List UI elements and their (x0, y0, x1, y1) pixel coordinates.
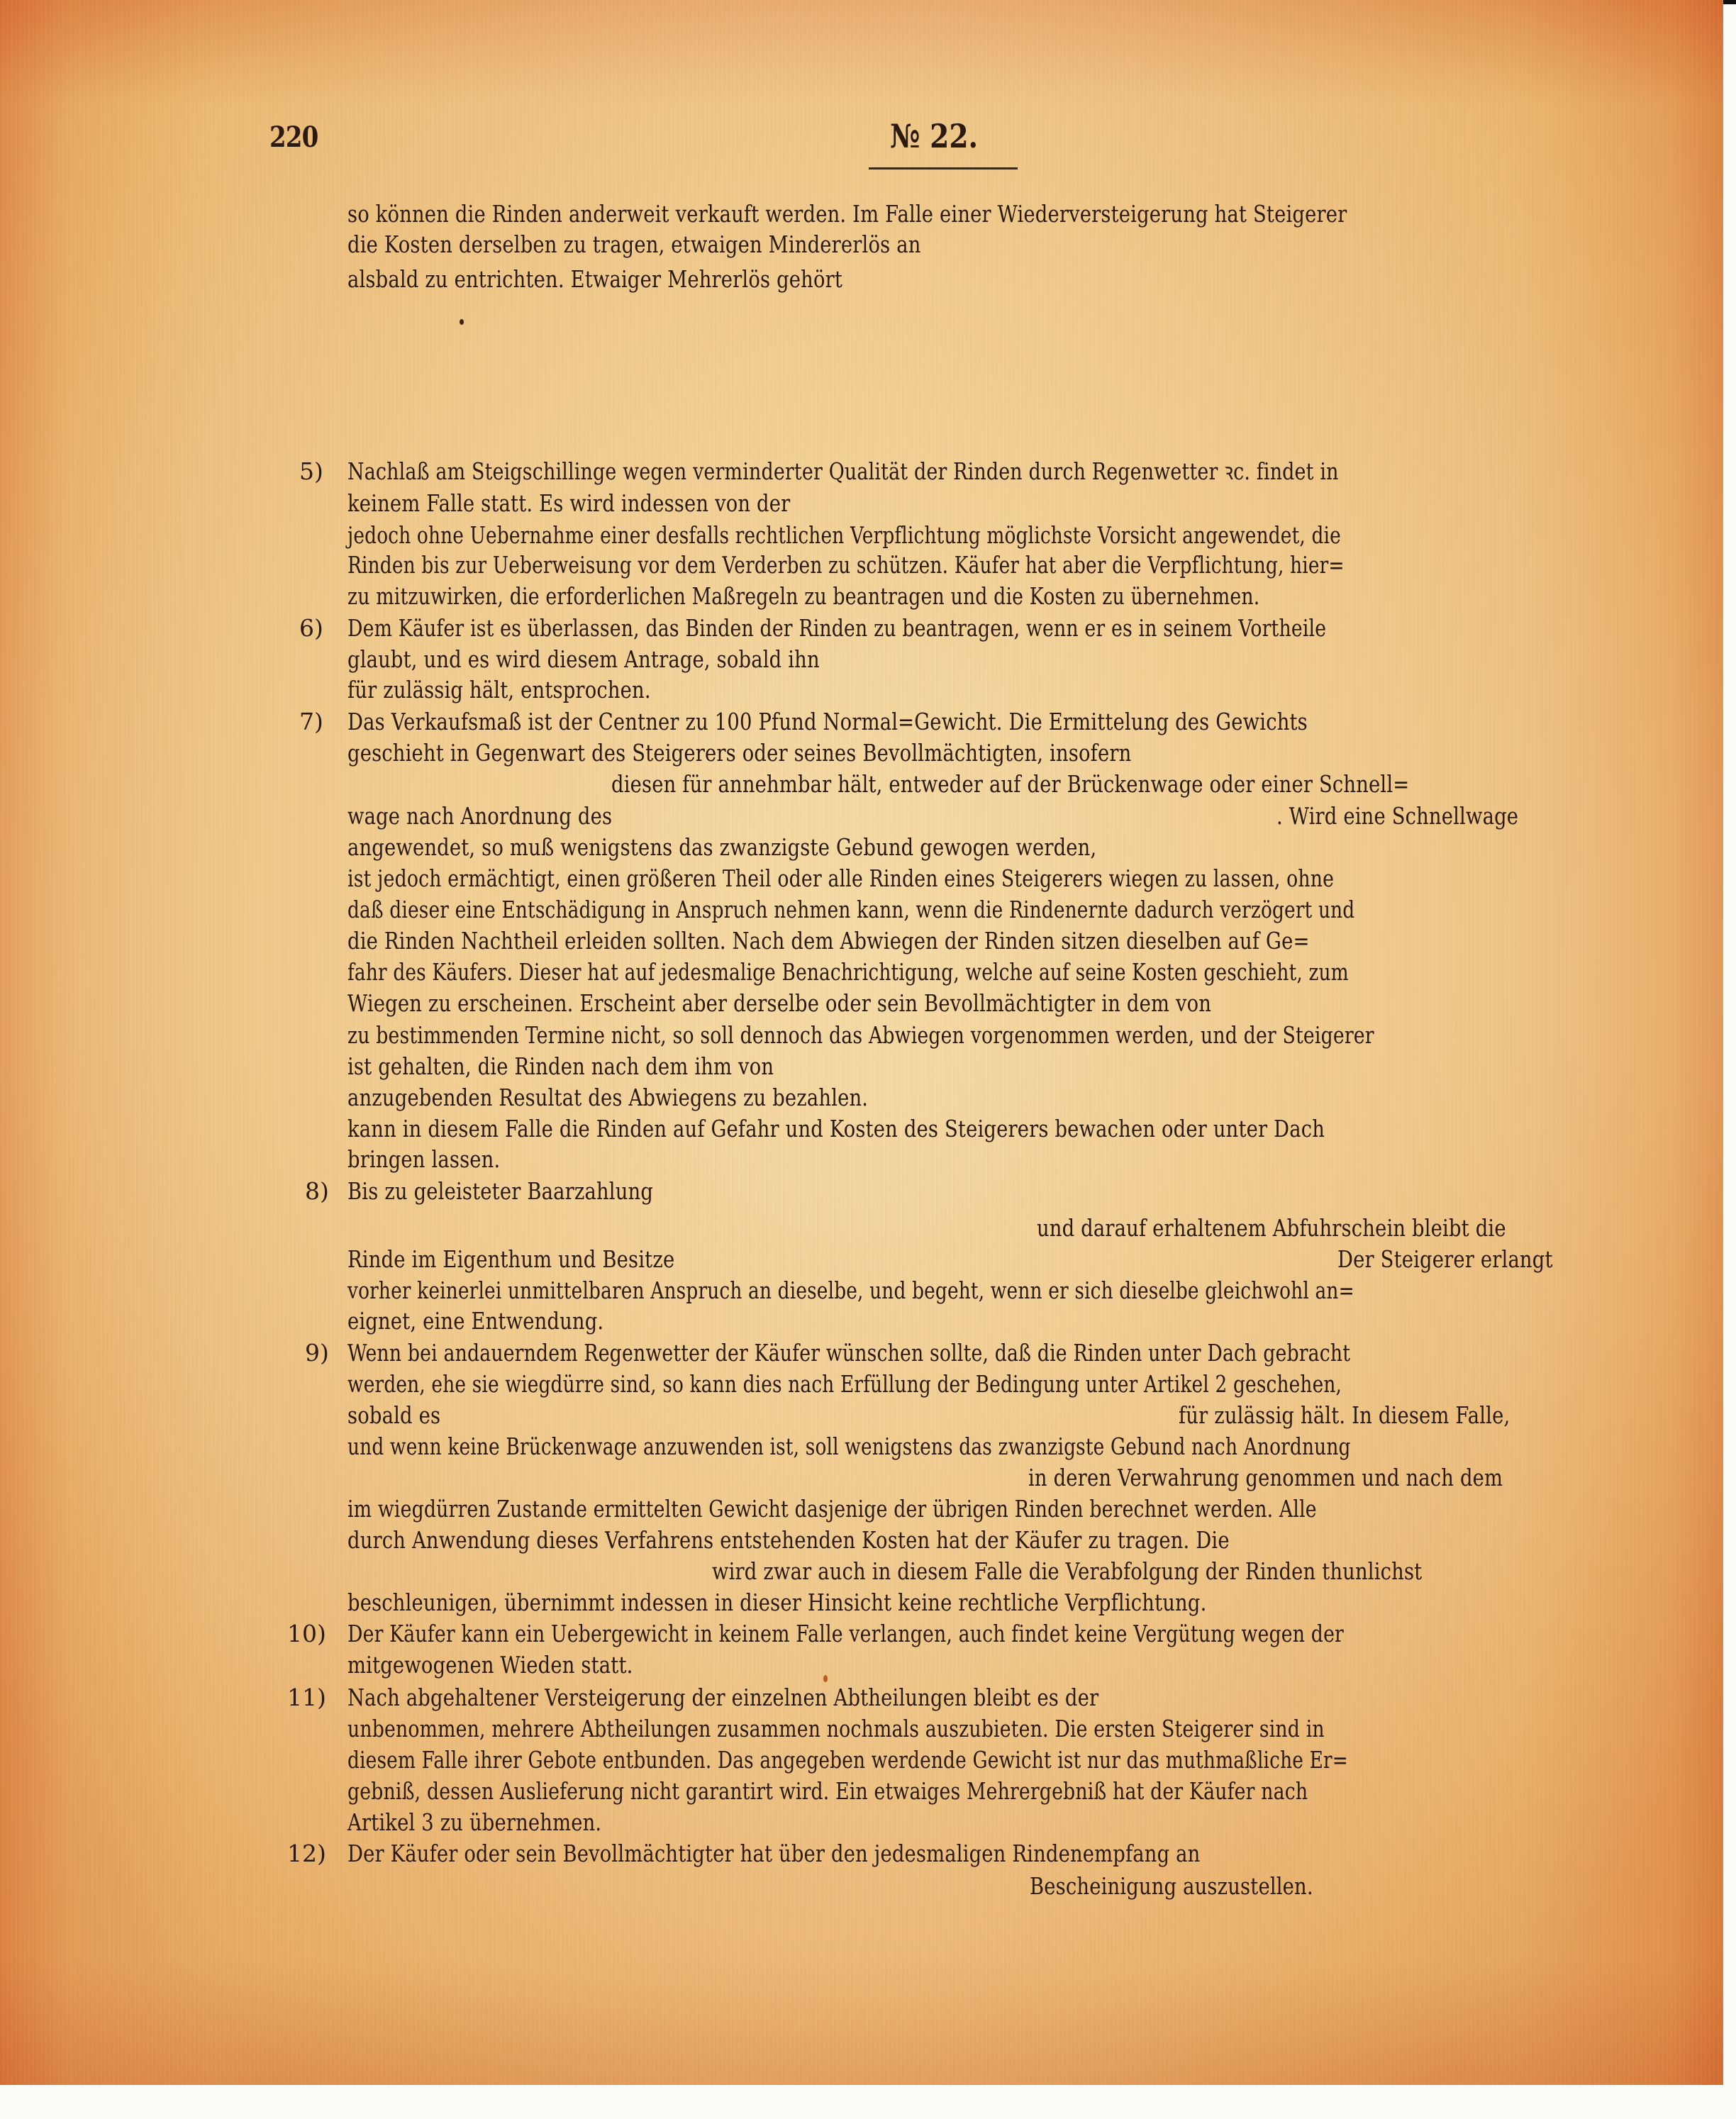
text-line: Der Käufer oder sein Bevollmächtigter ha… (347, 1840, 1200, 1868)
section-number: 10) (287, 1620, 326, 1648)
section-number: 12) (287, 1840, 326, 1868)
text-line: bringen lassen. (347, 1145, 500, 1174)
text-line: Rinde im Eigenthum und Besitze (347, 1245, 674, 1274)
section-number: 6) (299, 614, 323, 643)
text-line: Wenn bei andauerndem Regenwetter der Käu… (347, 1339, 1350, 1367)
text-line: sobald es (347, 1401, 440, 1430)
text-line: ist jedoch ermächtigt, einen größeren Th… (347, 864, 1334, 893)
text-line: im wiegdürren Zustande ermittelten Gewic… (347, 1495, 1317, 1523)
text-line: für zulässig hält, entsprochen. (347, 676, 651, 704)
text-line: zu mitzuwirken, die erforderlichen Maßre… (347, 582, 1259, 611)
text-line: eignet, eine Entwendung. (347, 1307, 603, 1335)
text-line: gebniß, dessen Auslieferung nicht garant… (347, 1777, 1308, 1806)
text-line: diesem Falle ihrer Gebote entbunden. Das… (347, 1746, 1348, 1774)
text-line: Wiegen zu erscheinen. Erscheint aber der… (347, 989, 1211, 1018)
text-line: glaubt, und es wird diesem Antrage, soba… (347, 645, 820, 674)
text-line: Der Käufer kann ein Uebergewicht in kein… (347, 1620, 1344, 1648)
text-line: die Rinden Nachtheil erleiden sollten. N… (347, 927, 1310, 955)
text-line: Bescheinigung auszustellen. (1030, 1872, 1313, 1901)
text-line: wage nach Anordnung des (347, 802, 612, 830)
text-line: diesen für annehmbar hält, entweder auf … (611, 770, 1409, 799)
text-line: Dem Käufer ist es überlassen, das Binden… (347, 614, 1326, 643)
text-line: die Kosten derselben zu tragen, etwaigen… (347, 230, 921, 259)
text-line: und darauf erhaltenem Abfuhrschein bleib… (1037, 1214, 1506, 1242)
text-line: vorher keinerlei unmittelbaren Anspruch … (347, 1277, 1354, 1305)
ink-speck (460, 319, 464, 325)
text-line: ist gehalten, die Rinden nach dem ihm vo… (347, 1052, 774, 1081)
text-line: durch Anwendung dieses Verfahrens entste… (347, 1526, 1230, 1555)
scan-margin-bottom (0, 2085, 1736, 2119)
text-line: in deren Verwahrung genommen und nach de… (1028, 1464, 1503, 1492)
text-line: geschieht in Gegenwart des Steigerers od… (347, 739, 1131, 767)
text-line: unbenommen, mehrere Abtheilungen zusamme… (347, 1715, 1325, 1743)
text-line: Nach abgehaltener Versteigerung der einz… (347, 1684, 1098, 1712)
section-number: 9) (305, 1339, 329, 1367)
text-line: fahr des Käufers. Dieser hat auf jedesma… (347, 958, 1349, 986)
text-line: Das Verkaufsmaß ist der Centner zu 100 P… (347, 708, 1308, 736)
text-line: Artikel 3 zu übernehmen. (347, 1808, 601, 1837)
text-line: beschleunigen, übernimmt indessen in die… (347, 1589, 1206, 1617)
text-line: anzugebenden Resultat des Abwiegens zu b… (347, 1084, 868, 1112)
text-line: so können die Rinden anderweit verkauft … (347, 200, 1347, 228)
document-body: so können die Rinden anderweit verkauft … (0, 0, 1736, 2085)
section-number: 7) (299, 708, 323, 736)
text-line: daß dieser eine Entschädigung in Anspruc… (347, 896, 1354, 924)
text-line: keinem Falle statt. Es wird indessen von… (347, 489, 790, 518)
text-line: zu bestimmenden Termine nicht, so soll d… (347, 1021, 1374, 1050)
text-line: für zulässig hält. In diesem Falle, (1179, 1401, 1510, 1430)
text-line: wird zwar auch in diesem Falle die Verab… (712, 1557, 1422, 1586)
section-number: 5) (299, 457, 323, 486)
text-line: alsbald zu entrichten. Etwaiger Mehrerlö… (347, 265, 842, 294)
text-line: Rinden bis zur Ueberweisung vor dem Verd… (347, 551, 1345, 579)
text-line: jedoch ohne Uebernahme einer desfalls re… (347, 521, 1341, 550)
text-line: mitgewogenen Wieden statt. (347, 1651, 633, 1679)
text-line: angewendet, so muß wenigstens das zwanzi… (347, 833, 1096, 862)
section-number: 11) (287, 1684, 326, 1712)
text-line: Nachlaß am Steigschillinge wegen vermind… (347, 457, 1339, 486)
text-line: werden, ehe sie wiegdürre sind, so kann … (347, 1370, 1342, 1398)
section-number: 8) (305, 1177, 329, 1206)
text-line: kann in diesem Falle die Rinden auf Gefa… (347, 1115, 1325, 1143)
text-line: . Wird eine Schnellwage (1276, 802, 1518, 830)
text-line: Der Steigerer erlangt (1337, 1245, 1553, 1274)
text-line: und wenn keine Brückenwage anzuwenden is… (347, 1433, 1351, 1461)
text-line: Bis zu geleisteter Baarzahlung (347, 1177, 653, 1206)
red-ink-speck (823, 1675, 828, 1682)
